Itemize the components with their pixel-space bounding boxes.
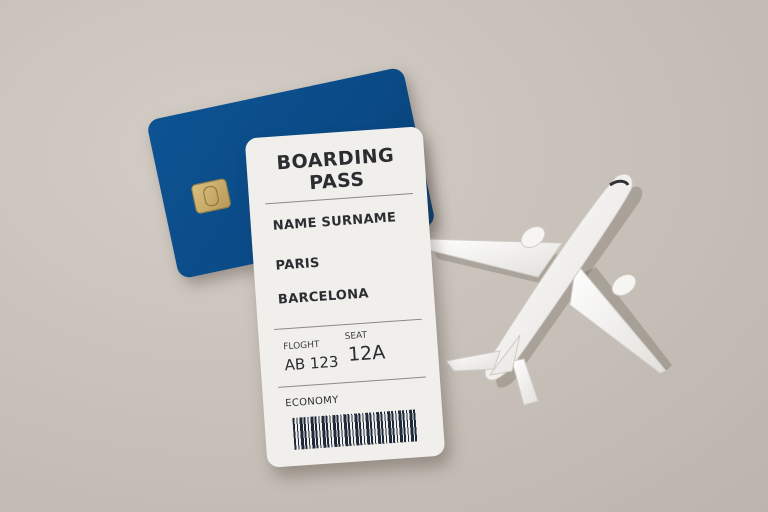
- seat-number: 12A: [347, 341, 386, 366]
- passenger-name: NAME SURNAME: [272, 210, 396, 234]
- chip-icon: [190, 178, 231, 215]
- pass-title: BOARDING PASS: [246, 142, 427, 198]
- airplane-icon: [420, 165, 680, 425]
- scene: BOARDING PASS NAME SURNAME PARIS BARCELO…: [0, 0, 768, 512]
- divider: [278, 377, 426, 388]
- travel-class: ECONOMY: [285, 395, 339, 410]
- seat-label: SEAT: [344, 331, 367, 343]
- flight-number: AB 123: [284, 353, 339, 375]
- flight-label: FLOGHT: [283, 340, 320, 353]
- barcode-icon: [292, 409, 418, 450]
- divider: [274, 319, 422, 330]
- boarding-pass: BOARDING PASS NAME SURNAME PARIS BARCELO…: [245, 126, 446, 468]
- origin-city: PARIS: [275, 256, 320, 274]
- destination-city: BARCELONA: [278, 286, 370, 307]
